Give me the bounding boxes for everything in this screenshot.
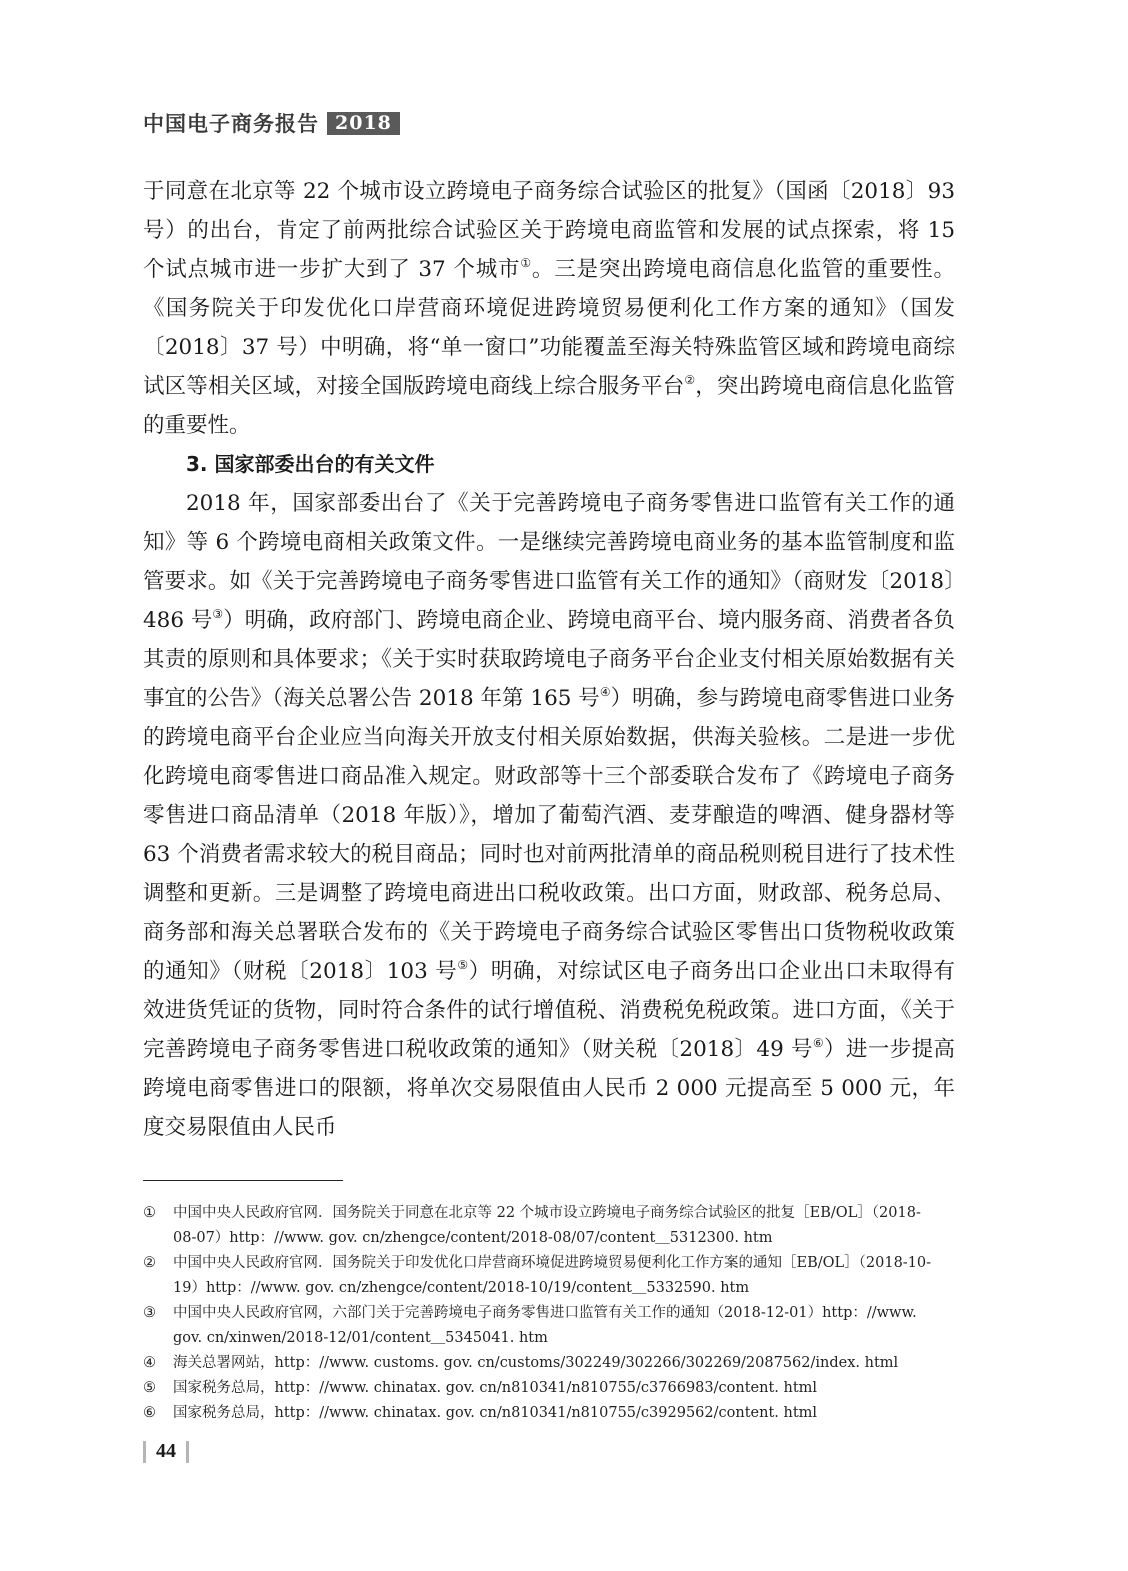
paragraph-1: 于同意在北京等 22 个城市设立跨境电子商务综合试验区的批复》（国函〔2018〕… (143, 172, 955, 445)
page-number-bar-left (143, 1441, 146, 1463)
body-text: 于同意在北京等 22 个城市设立跨境电子商务综合试验区的批复》（国函〔2018〕… (143, 172, 955, 1147)
footnotes: ①中国中央人民政府官网．国务院关于同意在北京等 22 个城市设立跨境电子商务综合… (143, 1201, 933, 1426)
report-title: 中国电子商务报告 (143, 108, 319, 138)
page-number-bar-right (186, 1441, 189, 1463)
footnote-ref-3[interactable]: ③ (212, 607, 223, 621)
footnote-ref-4[interactable]: ④ (600, 685, 611, 699)
running-head: 中国电子商务报告 2018 (143, 110, 400, 136)
footnote-3: ③中国中央人民政府官网，六部门关于完善跨境电子商务零售进口监管有关工作的通知（2… (143, 1301, 933, 1351)
paragraph-2: 2018 年，国家部委出台了《关于完善跨境电子商务零售进口监管有关工作的通知》等… (143, 484, 955, 1147)
footnote-6: ⑥国家税务总局，http：//www. chinatax. gov. cn/n8… (143, 1401, 933, 1426)
page-number-value: 44 (156, 1440, 176, 1463)
footnote-1: ①中国中央人民政府官网．国务院关于同意在北京等 22 个城市设立跨境电子商务综合… (143, 1201, 933, 1251)
footnote-ref-6[interactable]: ⑥ (813, 1036, 824, 1050)
footnote-4: ④海关总署网站，http：//www. customs. gov. cn/cus… (143, 1351, 933, 1376)
footnote-ref-5[interactable]: ⑤ (457, 958, 468, 972)
footnote-ref-1[interactable]: ① (520, 256, 532, 270)
page-number: 44 (143, 1440, 189, 1463)
footnote-5: ⑤国家税务总局，http：//www. chinatax. gov. cn/n8… (143, 1376, 933, 1401)
footnote-2: ②中国中央人民政府官网．国务院关于印发优化口岸营商环境促进跨境贸易便利化工作方案… (143, 1251, 933, 1301)
section-heading: 3. 国家部委出台的有关文件 (143, 445, 955, 484)
report-year-badge: 2018 (327, 112, 400, 135)
footnote-ref-2[interactable]: ② (684, 373, 695, 387)
footnote-divider (143, 1180, 343, 1181)
